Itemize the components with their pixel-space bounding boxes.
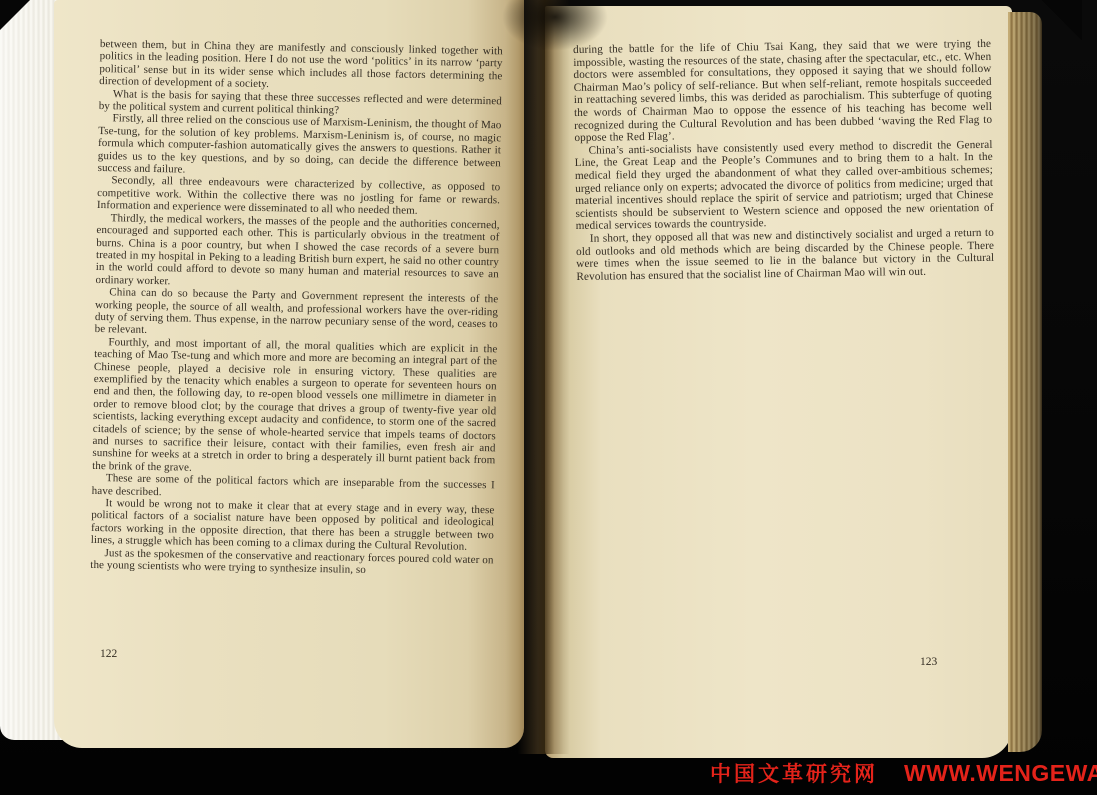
paragraph: In short, they opposed all that was new …	[576, 227, 995, 284]
paragraph: It would be wrong not to make it clear t…	[91, 497, 495, 554]
background-corner-top-right	[1022, 0, 1082, 40]
paragraph: China’s anti-socialists have consistentl…	[574, 139, 993, 233]
watermark-site-name: 中国文革研究网	[710, 758, 878, 788]
paragraph: between them, but in China they are mani…	[99, 38, 503, 95]
paragraph: Thirdly, the medical workers, the masses…	[95, 212, 499, 294]
page-number-left: 122	[100, 648, 117, 660]
paragraph: Firstly, all three relied on the conscio…	[97, 112, 501, 181]
page-number-right: 123	[920, 656, 937, 668]
book-photo-scene: between them, but in China they are mani…	[0, 0, 1097, 795]
paragraph: Fourthly, and most important of all, the…	[92, 336, 497, 480]
book-gutter-shadow	[518, 0, 570, 754]
paragraph: China can do so because the Party and Go…	[95, 286, 499, 343]
paragraph: during the battle for the life of Chiu T…	[573, 38, 992, 145]
watermark: 中国文革研究网 WWW.WENGEWANG.ORG	[710, 758, 1090, 788]
watermark-site-url: WWW.WENGEWANG.ORG	[904, 760, 1097, 787]
right-fore-edge-stack	[1008, 12, 1042, 752]
background-corner-top-left	[0, 0, 46, 32]
left-page-text: between them, but in China they are mani…	[90, 38, 503, 579]
right-page-text: during the battle for the life of Chiu T…	[573, 38, 995, 283]
